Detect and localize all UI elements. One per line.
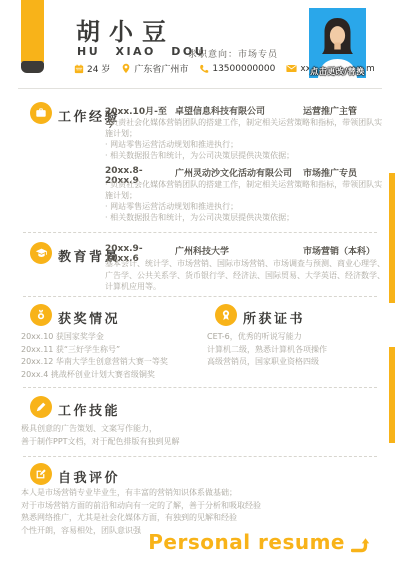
work-section-badge bbox=[30, 102, 52, 124]
evaluation-section-badge bbox=[30, 463, 52, 485]
award-item: 20xx.4 挑战杯创业计划大赛省级铜奖 bbox=[21, 369, 201, 382]
award-item: 20xx.10 获国家奖学金 bbox=[21, 331, 201, 344]
work-entry-2-bullets: 负责社会化媒体营销团队的搭建工作，制定相关运营策略和指标，带领团队实施计划； 网… bbox=[105, 179, 385, 223]
skills-section-title: 工作技能 bbox=[58, 400, 120, 419]
divider bbox=[23, 456, 377, 457]
education-courses: 基本会计、统计学、市场营销、国际市场营销、市场调查与预测、商业心理学、广告学、公… bbox=[105, 258, 387, 293]
phone-icon bbox=[199, 64, 209, 74]
work-bullet: 相关数据报告和统计，为公司决策层提供决策依据； bbox=[105, 212, 385, 223]
job-intention: 求职意向：市场专员 bbox=[188, 47, 278, 60]
work-bullet: 负责社会化媒体营销团队的搭建工作，制定相关运营策略和指标，带领团队实施计划； bbox=[105, 117, 385, 139]
work-bullet: 负责社会化媒体营销团队的搭建工作，制定相关运营策略和指标，带领团队实施计划； bbox=[105, 179, 385, 201]
location-pin-icon bbox=[121, 63, 131, 74]
envelope-icon bbox=[286, 64, 297, 73]
evaluation-section-title: 自我评价 bbox=[58, 467, 120, 486]
certificate-item: CET-6，优秀的听说写能力 bbox=[207, 331, 382, 344]
work-bullet: 网站零售运营活动规划和推进执行； bbox=[105, 201, 385, 212]
divider bbox=[23, 296, 377, 297]
candidate-name: 胡小豆 bbox=[76, 12, 175, 47]
certificate-item: 高级营销员，国家职业资格四级 bbox=[207, 356, 382, 369]
graduation-cap-icon bbox=[35, 244, 48, 263]
evaluation-line: 对于市场营销方面的前沿和动向有一定的了解，善于分析和吸取经验 bbox=[21, 500, 361, 513]
skills-lines: 极具创意的广告策划、文案写作能力， 善于制作PPT文档，对于配色排版有独到见解 bbox=[21, 423, 351, 448]
work-entry-1-bullets: 负责社会化媒体营销团队的搭建工作，制定相关运营策略和指标，带领团队实施计划； 网… bbox=[105, 117, 385, 161]
skill-line: 善于制作PPT文档，对于配色排版有独到见解 bbox=[21, 436, 351, 449]
evaluation-line: 本人是市场营销专业毕业生，有丰富的营销知识体系做基础； bbox=[21, 487, 361, 500]
divider bbox=[23, 232, 377, 233]
edit-square-icon bbox=[35, 465, 47, 484]
award-item: 20xx.12 华南大学生创意营销大赛一等奖 bbox=[21, 356, 201, 369]
certificates-section-badge bbox=[215, 304, 237, 326]
awards-section-title: 获奖情况 bbox=[58, 308, 120, 327]
pencil-body bbox=[21, 0, 44, 62]
phone-item: 13500000000 bbox=[199, 64, 275, 74]
medal-icon bbox=[35, 306, 47, 325]
skills-section-badge bbox=[30, 396, 52, 418]
candidate-name-pinyin: HU XIAO DOU bbox=[77, 45, 206, 58]
pen-icon bbox=[35, 398, 47, 417]
curved-arrow-icon bbox=[351, 537, 370, 554]
certificate-icon bbox=[220, 306, 232, 325]
calendar-icon bbox=[74, 64, 84, 74]
age-text: 24 岁 bbox=[87, 62, 110, 75]
pencil-decoration-icon bbox=[21, 0, 44, 74]
certificates-list: CET-6，优秀的听说写能力 计算机二级，熟悉计算机各项操作 高级营销员，国家职… bbox=[207, 331, 382, 369]
brand-text: Personal resume bbox=[148, 530, 345, 554]
divider bbox=[23, 387, 377, 388]
edge-stripe-decoration bbox=[389, 347, 395, 443]
award-item: 20xx.11 获“三好学生称号” bbox=[21, 344, 201, 357]
edge-stripe-decoration bbox=[389, 173, 395, 303]
pencil-tip bbox=[21, 61, 44, 73]
location-item: 广东省广州市 bbox=[121, 62, 188, 75]
id-photo[interactable]: 点击更改/替换 bbox=[309, 8, 366, 78]
certificates-section-title: 所获证书 bbox=[243, 308, 305, 327]
divider bbox=[18, 88, 382, 89]
age-item: 24 岁 bbox=[74, 62, 110, 75]
education-section-badge bbox=[30, 242, 52, 264]
skill-line: 极具创意的广告策划、文案写作能力， bbox=[21, 423, 351, 436]
work-bullet: 相关数据报告和统计，为公司决策层提供决策依据； bbox=[105, 150, 385, 161]
certificate-item: 计算机二级，熟悉计算机各项操作 bbox=[207, 344, 382, 357]
briefcase-icon bbox=[35, 104, 47, 123]
awards-list: 20xx.10 获国家奖学金 20xx.11 获“三好学生称号” 20xx.12… bbox=[21, 331, 201, 381]
location-text: 广东省广州市 bbox=[134, 62, 188, 75]
awards-section-badge bbox=[30, 304, 52, 326]
resume-page: 胡小豆 HU XIAO DOU 求职意向：市场专员 24 岁 广东省广州市 13… bbox=[0, 0, 400, 565]
footer-brand: Personal resume bbox=[148, 530, 370, 554]
photo-replace-hint: 点击更改/替换 bbox=[309, 66, 366, 77]
phone-text: 13500000000 bbox=[212, 64, 275, 74]
evaluation-line: 熟悉网络推广，尤其是社会化媒体方面，有独到的见解和经验 bbox=[21, 512, 361, 525]
work-bullet: 网站零售运营活动规划和推进执行； bbox=[105, 139, 385, 150]
